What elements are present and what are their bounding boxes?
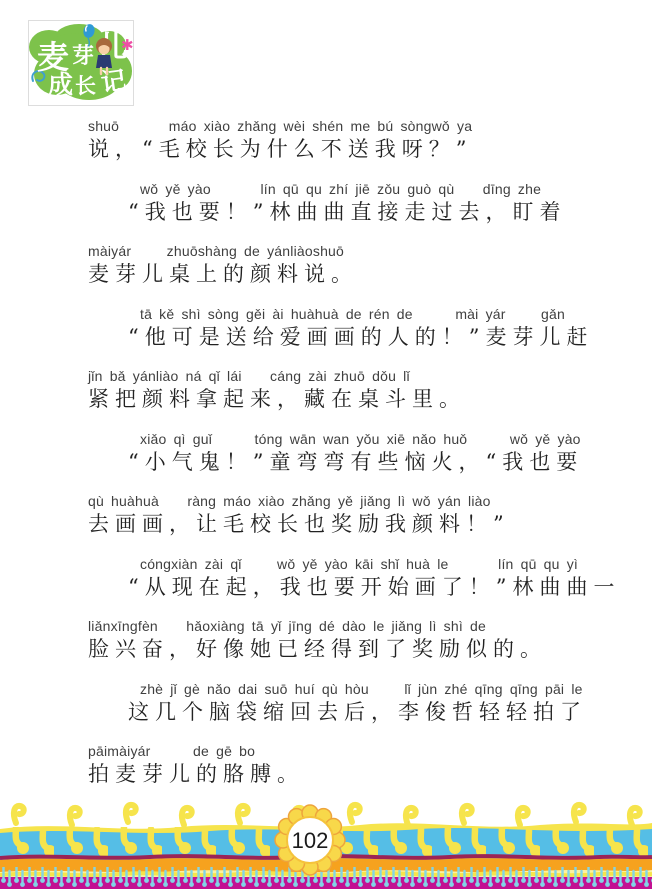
logo-char-ya: 芽: [72, 43, 94, 69]
pinyin-line: màiyár zhuōshàng de yánliàoshuō: [88, 242, 618, 260]
text-line-6: xiǎo qì guǐ tóng wān wan yǒu xiē nǎo huǒ…: [88, 430, 618, 493]
pinyin-line: xiǎo qì guǐ tóng wān wan yǒu xiē nǎo huǒ…: [140, 430, 618, 448]
text-line-10: zhè jǐ gè nǎo dai suō huí qù hòu lǐ jùn …: [88, 680, 618, 743]
pinyin-line: shuō máo xiào zhǎng wèi shén me bú sòngw…: [88, 117, 618, 135]
logo-char-zhang: 长: [75, 73, 96, 98]
hanzi-line: “我也要！”林曲曲直接走过去，盯着: [128, 199, 618, 226]
text-line-3: màiyár zhuōshàng de yánliàoshuō 麦芽儿桌上的颜料…: [88, 242, 618, 305]
text-line-11: pāimàiyár de gē bo 拍麦芽儿的胳膊。: [88, 742, 618, 805]
logo-maiyar-growth-diary: 麦 芽 儿 成 长 记 ✱: [28, 20, 134, 106]
logo-char-ji: 记: [99, 65, 128, 97]
logo-char-cheng: 成: [48, 70, 73, 99]
story-text: shuō máo xiào zhǎng wèi shén me bú sòngw…: [88, 117, 618, 805]
text-line-9: liǎnxīngfèn hǎoxiàng tā yǐ jīng dé dào l…: [88, 617, 618, 680]
pinyin-line: tā kě shì sòng gěi ài huàhuà de rén de m…: [140, 305, 618, 323]
hanzi-line: “他可是送给爱画画的人的！”麦芽儿赶: [128, 324, 618, 351]
pinyin-line: wǒ yě yào lín qū qu zhí jiē zǒu guò qù d…: [140, 180, 618, 198]
hanzi-line: 这几个脑袋缩回去后，李俊哲轻轻拍了: [128, 699, 618, 726]
pinyin-line: qù huàhuà ràng máo xiào zhǎng yě jiǎng l…: [88, 492, 618, 510]
hanzi-line: 拍麦芽儿的胳膊。: [88, 761, 618, 788]
pinyin-line: pāimàiyár de gē bo: [88, 742, 618, 760]
text-line-7: qù huàhuà ràng máo xiào zhǎng yě jiǎng l…: [88, 492, 618, 555]
hanzi-line: 去画画，让毛校长也奖励我颜料！”: [88, 511, 618, 538]
flower-icon: ✱: [121, 37, 133, 54]
footer-decoration: 102: [0, 799, 652, 889]
text-line-1: shuō máo xiào zhǎng wèi shén me bú sòngw…: [88, 117, 618, 180]
hanzi-line: “从现在起，我也要开始画了！”林曲曲一: [128, 574, 618, 601]
text-line-5: jǐn bǎ yánliào ná qǐ lái cáng zài zhuō d…: [88, 367, 618, 430]
pinyin-line: zhè jǐ gè nǎo dai suō huí qù hòu lǐ jùn …: [140, 680, 618, 698]
pinyin-line: cóngxiàn zài qǐ wǒ yě yào kāi shǐ huà le…: [140, 555, 618, 573]
logo-art: 麦 芽 儿 成 长 记 ✱: [29, 21, 133, 105]
hanzi-line: 麦芽儿桌上的颜料说。: [88, 261, 618, 288]
text-line-8: cóngxiàn zài qǐ wǒ yě yào kāi shǐ huà le…: [88, 555, 618, 618]
text-line-2: wǒ yě yào lín qū qu zhí jiē zǒu guò qù d…: [88, 180, 618, 243]
page-number: 102: [292, 828, 329, 853]
pinyin-line: jǐn bǎ yánliào ná qǐ lái cáng zài zhuō d…: [88, 367, 618, 385]
hanzi-line: 脸兴奋，好像她已经得到了奖励似的。: [88, 636, 618, 663]
book-page: 麦 芽 儿 成 长 记 ✱ shuō máo xiào zhǎng wèi sh…: [0, 0, 652, 889]
text-line-4: tā kě shì sòng gěi ài huàhuà de rén de m…: [88, 305, 618, 368]
hanzi-line: “小气鬼！”童弯弯有些恼火，“我也要: [128, 449, 618, 476]
pinyin-line: liǎnxīngfèn hǎoxiàng tā yǐ jīng dé dào l…: [88, 617, 618, 635]
hanzi-line: 紧把颜料拿起来，藏在桌斗里。: [88, 386, 618, 413]
hanzi-line: 说，“毛校长为什么不送我呀？”: [88, 136, 618, 163]
